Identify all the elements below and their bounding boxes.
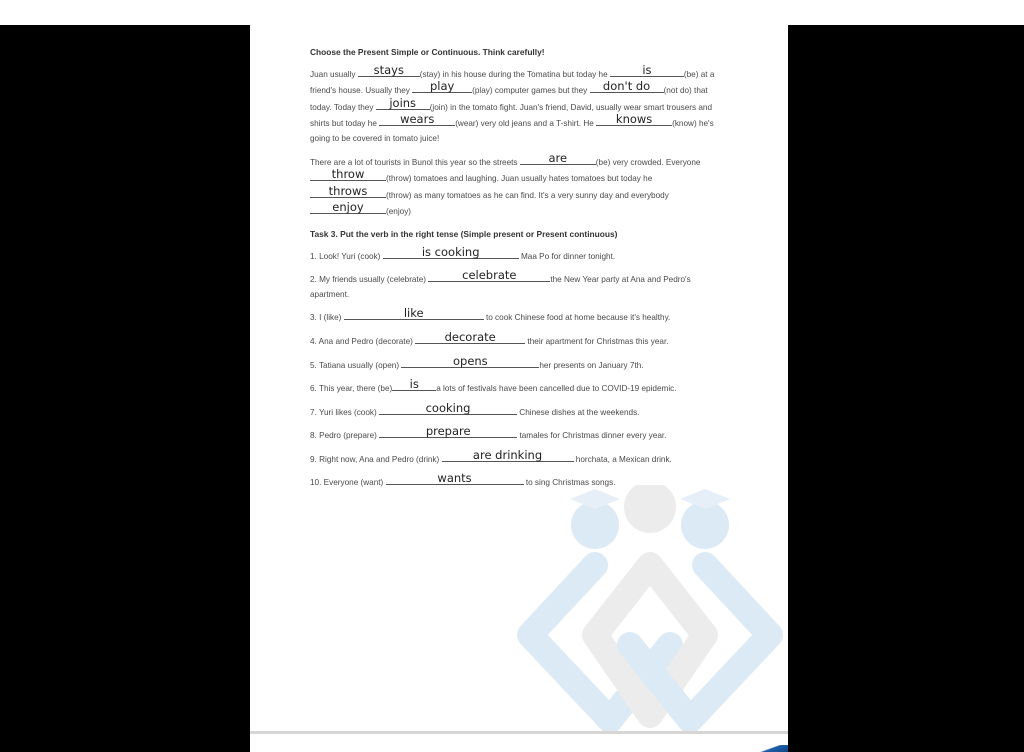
item-continuation: Maa Po for dinner tonight. xyxy=(519,252,616,261)
item-continuation: a lots of festivals have been cancelled … xyxy=(436,384,676,393)
exercise-item-5: 5. Tatiana usually (open) opensher prese… xyxy=(310,357,730,374)
section1-heading: Choose the Present Simple or Continuous.… xyxy=(310,45,730,60)
answer-blank[interactable]: is cooking xyxy=(383,248,519,259)
paragraph-text: (be) very crowded. Everyone xyxy=(596,158,701,167)
filled-answer: are drinking xyxy=(442,449,574,461)
answer-blank[interactable]: cooking xyxy=(379,404,517,415)
filled-answer: play xyxy=(412,80,472,92)
exercise-item-7: 7. Yuri likes (cook) cooking Chinese dis… xyxy=(310,404,730,421)
answer-blank[interactable]: play xyxy=(412,82,472,93)
worksheet-content: Choose the Present Simple or Continuous.… xyxy=(310,45,730,498)
answer-blank[interactable]: throws xyxy=(310,187,386,198)
exercise-item-1: 1. Look! Yuri (cook) is cooking Maa Po f… xyxy=(310,248,730,265)
answer-blank[interactable]: opens xyxy=(401,357,539,368)
exercise-item-6: 6. This year, there (be)isa lots of fest… xyxy=(310,380,730,397)
paragraph-text: There are a lot of tourists in Bunol thi… xyxy=(310,158,520,167)
item-continuation: their apartment for Christmas this year. xyxy=(525,337,668,346)
paragraph-text: Juan usually xyxy=(310,70,358,79)
item-prompt: 10. Everyone (want) xyxy=(310,478,386,487)
answer-blank[interactable]: stays xyxy=(358,66,420,77)
answer-blank[interactable]: are drinking xyxy=(442,451,574,462)
item-prompt: 1. Look! Yuri (cook) xyxy=(310,252,383,261)
answer-blank[interactable]: like xyxy=(344,309,484,320)
item-continuation: to sing Christmas songs. xyxy=(524,478,616,487)
paragraph-text: (wear) very old jeans and a T-shirt. He xyxy=(455,119,596,128)
item-prompt: 3. I (like) xyxy=(310,313,344,322)
answer-blank[interactable]: knows xyxy=(596,115,672,126)
filled-answer: like xyxy=(344,307,484,319)
item-continuation: her presents on January 7th. xyxy=(539,361,643,370)
corner-accent-decoration xyxy=(748,745,788,752)
item-prompt: 8. Pedro (prepare) xyxy=(310,431,379,440)
filled-answer: is cooking xyxy=(383,246,519,258)
paragraph-text: (stay) in his house during the Tomatina … xyxy=(420,70,610,79)
answer-blank[interactable]: is xyxy=(610,66,684,77)
exercise-item-2: 2. My friends usually (celebrate) celebr… xyxy=(310,271,730,302)
item-prompt: 2. My friends usually (celebrate) xyxy=(310,275,428,284)
watermark-logo-icon xyxy=(500,485,788,745)
item-prompt: 7. Yuri likes (cook) xyxy=(310,408,379,417)
filled-answer: celebrate xyxy=(428,269,550,281)
paragraph-text: (enjoy) xyxy=(386,207,411,216)
answer-blank[interactable]: decorate xyxy=(415,333,525,344)
item-prompt: 6. This year, there (be) xyxy=(310,384,392,393)
paragraph-tomatina-1: Juan usually stays(stay) in his house du… xyxy=(310,66,730,147)
item-continuation: horchata, a Mexican drink. xyxy=(574,455,672,464)
exercise-item-9: 9. Right now, Ana and Pedro (drink) are … xyxy=(310,451,730,468)
answer-blank[interactable]: are xyxy=(520,154,596,165)
answer-blank[interactable]: wears xyxy=(379,115,455,126)
filled-answer: don't do xyxy=(590,80,664,92)
filled-answer: opens xyxy=(401,355,539,367)
filled-answer: cooking xyxy=(379,402,517,414)
filled-answer: decorate xyxy=(415,331,525,343)
answer-blank[interactable]: prepare xyxy=(379,427,517,438)
item-prompt: 5. Tatiana usually (open) xyxy=(310,361,401,370)
exercise-item-10: 10. Everyone (want) wants to sing Christ… xyxy=(310,474,730,491)
filled-answer: knows xyxy=(596,113,672,125)
worksheet-page: Choose the Present Simple or Continuous.… xyxy=(250,25,788,752)
exercise-item-3: 3. I (like) like to cook Chinese food at… xyxy=(310,309,730,326)
item-prompt: 9. Right now, Ana and Pedro (drink) xyxy=(310,455,442,464)
filled-answer: is xyxy=(392,378,436,390)
answer-blank[interactable]: throw xyxy=(310,170,386,181)
filled-answer: throws xyxy=(310,185,386,197)
answer-blank[interactable]: wants xyxy=(386,474,524,485)
answer-blank[interactable]: joins xyxy=(376,99,430,110)
answer-blank[interactable]: is xyxy=(392,380,436,391)
filled-answer: enjoy xyxy=(310,201,386,213)
paragraph-text: (play) computer games but they xyxy=(472,86,589,95)
page-footer-divider xyxy=(250,731,788,734)
left-black-panel xyxy=(0,25,250,752)
paragraph-text: (throw) as many tomatoes as he can find.… xyxy=(386,191,669,200)
filled-answer: is xyxy=(610,64,684,76)
task3-heading: Task 3. Put the verb in the right tense … xyxy=(310,227,730,242)
item-continuation: Chinese dishes at the weekends. xyxy=(517,408,639,417)
filled-answer: joins xyxy=(376,97,430,109)
item-continuation: tamales for Christmas dinner every year. xyxy=(517,431,666,440)
exercise-item-4: 4. Ana and Pedro (decorate) decorate the… xyxy=(310,333,730,350)
exercise-item-8: 8. Pedro (prepare) prepare tamales for C… xyxy=(310,427,730,444)
filled-answer: stays xyxy=(358,64,420,76)
task3-items: 1. Look! Yuri (cook) is cooking Maa Po f… xyxy=(310,248,730,492)
filled-answer: prepare xyxy=(379,425,517,437)
answer-blank[interactable]: celebrate xyxy=(428,271,550,282)
answer-blank[interactable]: enjoy xyxy=(310,203,386,214)
right-black-panel xyxy=(788,25,1024,752)
item-prompt: 4. Ana and Pedro (decorate) xyxy=(310,337,415,346)
filled-answer: wants xyxy=(386,472,524,484)
item-continuation: to cook Chinese food at home because it'… xyxy=(484,313,671,322)
filled-answer: are xyxy=(520,152,596,164)
paragraph-tomatina-2: There are a lot of tourists in Bunol thi… xyxy=(310,154,730,220)
answer-blank[interactable]: don't do xyxy=(590,82,664,93)
filled-answer: wears xyxy=(379,113,455,125)
paragraph-text: (throw) tomatoes and laughing. Juan usua… xyxy=(386,174,652,183)
filled-answer: throw xyxy=(310,168,386,180)
